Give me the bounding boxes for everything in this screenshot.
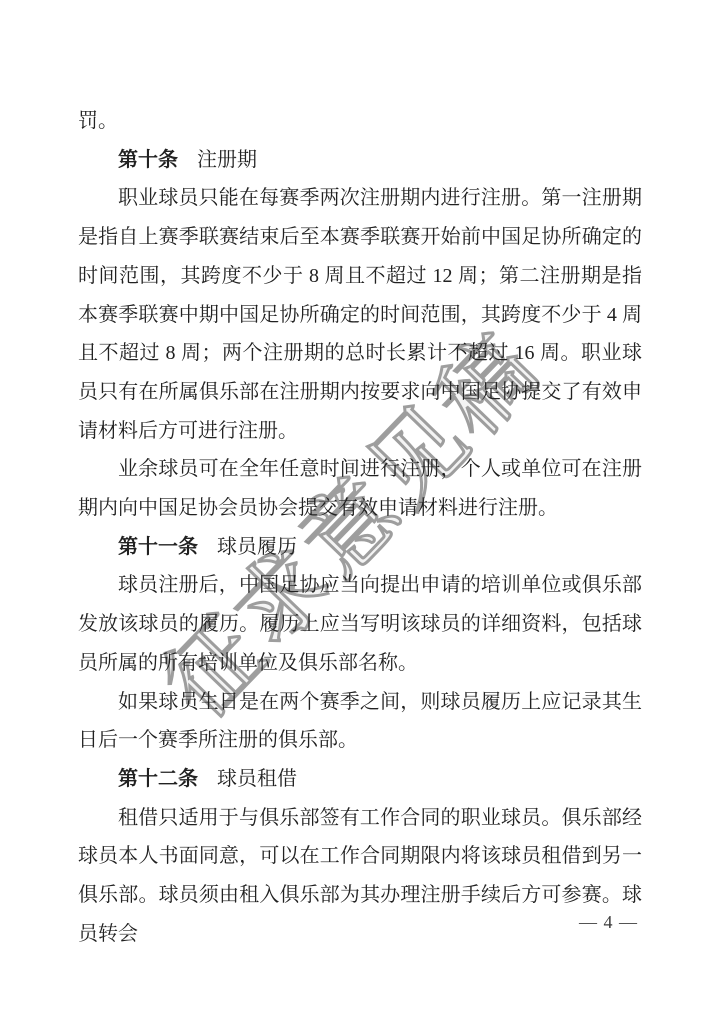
- article-number: 第十条: [118, 149, 178, 171]
- document-body: 罚。第十条注册期职业球员只能在每赛季两次注册期内进行注册。第一注册期是指自上赛季…: [78, 102, 642, 953]
- article-number: 第十一条: [118, 536, 198, 558]
- paragraph: 如果球员生日是在两个赛季之间，则球员履历上应记录其生日后一个赛季所注册的俱乐部。: [78, 683, 642, 760]
- paragraph: 罚。: [78, 102, 642, 141]
- document-page: 征求意见稿 罚。第十条注册期职业球员只能在每赛季两次注册期内进行注册。第一注册期…: [0, 0, 720, 1018]
- article-heading: 第十二条球员租借: [78, 760, 642, 799]
- page-number: — 4 —: [579, 912, 638, 933]
- paragraph: 业余球员可在全年任意时间进行注册，个人或单位可在注册期内向中国足协会员协会提交有…: [78, 450, 642, 527]
- article-number: 第十二条: [118, 768, 198, 790]
- article-title: 注册期: [197, 149, 257, 171]
- article-heading: 第十条注册期: [78, 141, 642, 180]
- paragraph: 职业球员只能在每赛季两次注册期内进行注册。第一注册期是指自上赛季联赛结束后至本赛…: [78, 179, 642, 450]
- article-heading: 第十一条球员履历: [78, 528, 642, 567]
- article-title: 球员租借: [217, 768, 297, 790]
- article-title: 球员履历: [217, 536, 297, 558]
- paragraph: 租借只适用于与俱乐部签有工作合同的职业球员。俱乐部经球员本人书面同意，可以在工作…: [78, 799, 642, 954]
- paragraph: 球员注册后，中国足协应当向提出申请的培训单位或俱乐部发放该球员的履历。履历上应当…: [78, 566, 642, 682]
